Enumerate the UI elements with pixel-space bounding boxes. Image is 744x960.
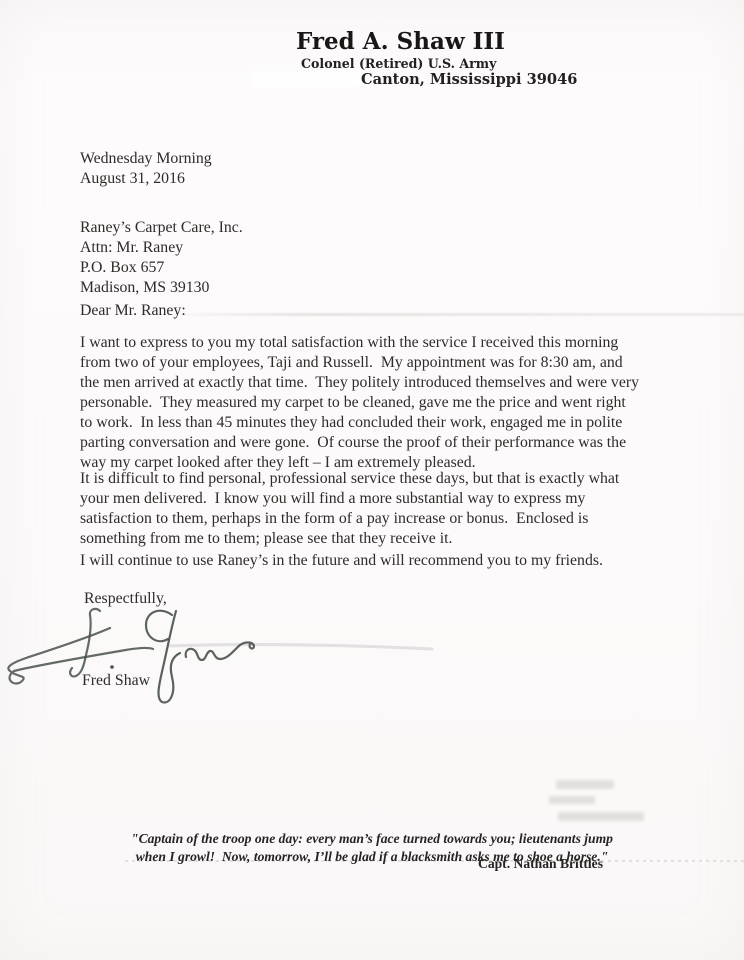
- text-line: I want to express to you my total satisf…: [80, 333, 639, 353]
- scanned-letter-page: Fred A. Shaw III Colonel (Retired) U.S. …: [0, 0, 744, 960]
- text-line: Attn: Mr. Raney: [80, 238, 243, 258]
- text-line: It is difficult to find personal, profes…: [80, 469, 619, 489]
- letterhead-name: Fred A. Shaw III: [296, 28, 505, 55]
- handwritten-signature: [0, 605, 440, 710]
- paper-fold-line-upper: [160, 313, 744, 316]
- body-paragraph-1: I want to express to you my total satisf…: [80, 333, 639, 473]
- bleed-through-text: [556, 780, 614, 789]
- footer-quote-attribution: Capt. Nathan Brittles: [478, 856, 603, 872]
- bleed-through-text: [558, 812, 644, 821]
- body-paragraph-3: I will continue to use Raney’s in the fu…: [80, 551, 603, 571]
- text-line: Raney’s Carpet Care, Inc.: [80, 218, 243, 238]
- body-paragraph-2: It is difficult to find personal, profes…: [80, 469, 619, 549]
- salutation: Dear Mr. Raney:: [80, 301, 186, 321]
- text-line: the men arrived at exactly that time. Th…: [80, 373, 639, 393]
- text-line: satisfaction to them, perhaps in the for…: [80, 509, 619, 529]
- text-line: Madison, MS 39130: [80, 278, 243, 298]
- text-line: Wednesday Morning: [80, 149, 212, 169]
- typed-signature-name: Fred Shaw: [82, 671, 150, 691]
- footer-quote-line-1: "Captain of the troop one day: every man…: [0, 830, 744, 848]
- date-block: Wednesday MorningAugust 31, 2016: [80, 149, 212, 189]
- text-line: P.O. Box 657: [80, 258, 243, 278]
- whiteout-smudge: [252, 72, 364, 87]
- text-line: something from me to them; please see th…: [80, 529, 619, 549]
- letterhead-address: Canton, Mississippi 39046: [361, 71, 577, 88]
- footer-quote-line-2: when I growl! Now, tomorrow, I’ll be gla…: [0, 848, 744, 866]
- recipient-address-block: Raney’s Carpet Care, Inc.Attn: Mr. Raney…: [80, 218, 243, 298]
- bleed-through-text: [549, 796, 595, 804]
- letterhead-title: Colonel (Retired) U.S. Army: [301, 56, 496, 71]
- text-line: to work. In less than 45 minutes they ha…: [80, 413, 639, 433]
- text-line: August 31, 2016: [80, 169, 212, 189]
- text-line: personable. They measured my carpet to b…: [80, 393, 639, 413]
- footer-quote: "Captain of the troop one day: every man…: [0, 830, 744, 866]
- text-line: parting conversation and were gone. Of c…: [80, 433, 639, 453]
- text-line: your men delivered. I know you will find…: [80, 489, 619, 509]
- text-line: from two of your employees, Taji and Rus…: [80, 353, 639, 373]
